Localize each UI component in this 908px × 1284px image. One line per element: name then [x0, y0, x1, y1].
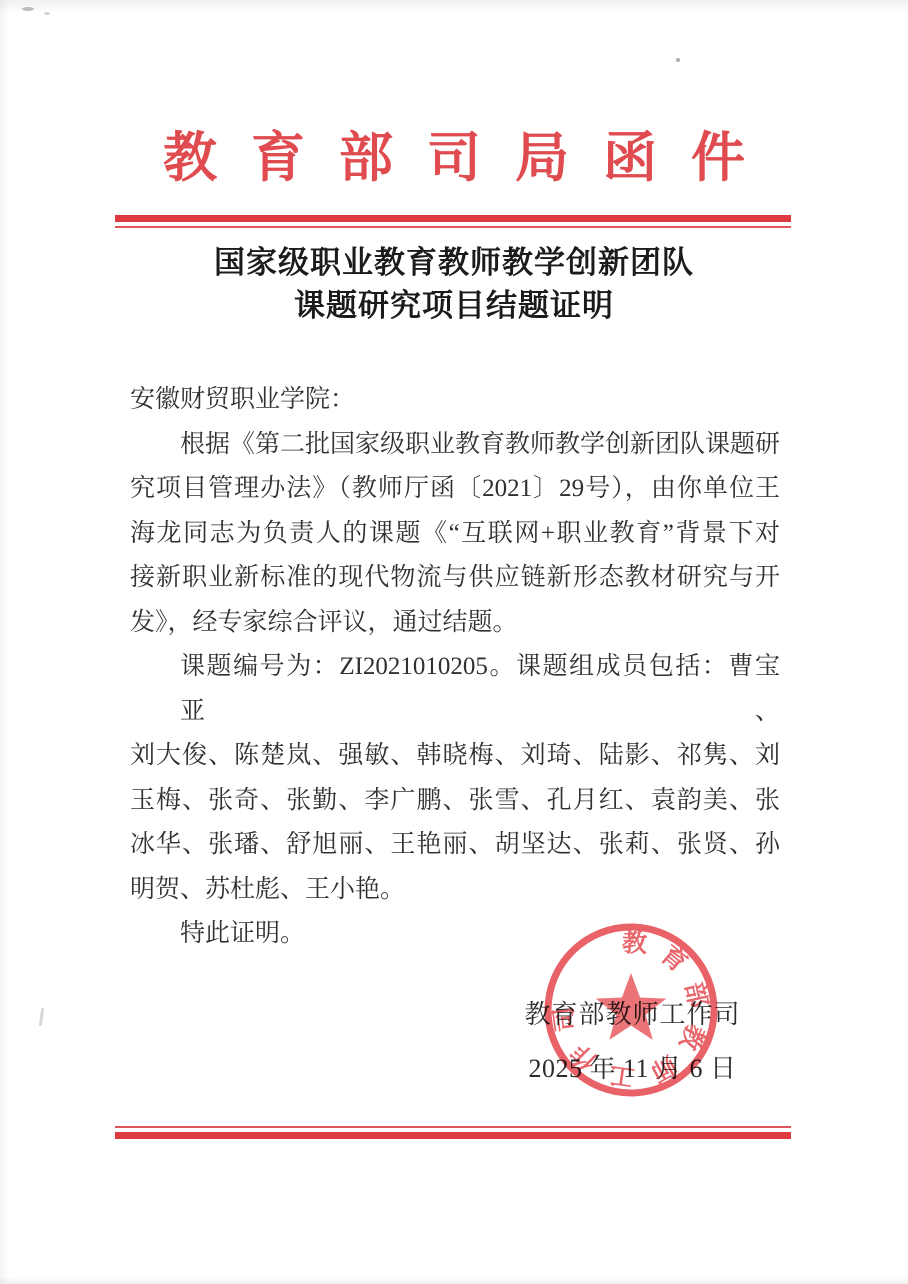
rule-thick-line [115, 215, 791, 222]
body-line: 发》，经专家综合评议，通过结题。 [130, 601, 780, 646]
body-line: 刘大俊、陈楚岚、强敏、韩晓梅、刘琦、陆影、祁隽、刘 [130, 734, 780, 779]
rule-thin-line [115, 226, 791, 228]
document-title: 国家级职业教育教师教学创新团队 课题研究项目结题证明 [0, 241, 908, 327]
scan-artifact [44, 12, 50, 15]
body-line: 接新职业新标准的现代物流与供应链新形态教材研究与开 [130, 556, 780, 601]
letterhead-title: 教育部司局函件 [0, 126, 908, 190]
scan-edge-shadow-top [0, 0, 908, 14]
document-title-line2: 课题研究项目结题证明 [0, 284, 908, 327]
body-line: 明贺、苏杜彪、王小艳。 [130, 868, 780, 913]
seal-arc-char: 司 [550, 1005, 581, 1034]
scan-edge-shadow-left [0, 0, 10, 1284]
scan-artifact [676, 58, 680, 62]
body-line: 冰华、张璠、舒旭丽、王艳丽、胡坚达、张莉、张贤、孙 [130, 823, 780, 868]
body-line: 安徽财贸职业学院： [130, 378, 780, 423]
body-line: 玉梅、张奇、张勤、李广鹏、张雪、孔月红、袁韵美、张 [130, 779, 780, 824]
seal-arc-char: 教 [621, 929, 648, 958]
scan-artifact [39, 1008, 44, 1026]
seal-arc-char: 部 [679, 980, 712, 1011]
scan-edge-shadow-bottom [0, 1276, 908, 1284]
document-page: 教育部司局函件 国家级职业教育教师教学创新团队 课题研究项目结题证明 安徽财贸职… [0, 0, 908, 1284]
body-line: 海龙同志为负责人的课题《“互联网+职业教育”背景下对 [130, 512, 780, 557]
seal-arc-char: 工 [608, 1060, 637, 1090]
star-icon [596, 973, 666, 1040]
letter-body: 安徽财贸职业学院：根据《第二批国家级职业教育教师教学创新团队课题研究项目管理办法… [130, 378, 780, 957]
document-title-line1: 国家级职业教育教师教学创新团队 [0, 241, 908, 284]
footer-rule [115, 1126, 791, 1139]
letterhead-rule [115, 215, 791, 228]
body-line: 课题编号为：ZI2021010205。课题组成员包括：曹宝亚、 [130, 645, 780, 734]
body-line: 究项目管理办法》（教师厅函〔2021〕29号），由你单位王 [130, 467, 780, 512]
scan-artifact [22, 7, 34, 11]
official-seal: 教育部教师工作司 [541, 922, 721, 1102]
body-line: 根据《第二批国家级职业教育教师教学创新团队课题研 [130, 423, 780, 468]
rule-thick-line [115, 1132, 791, 1139]
